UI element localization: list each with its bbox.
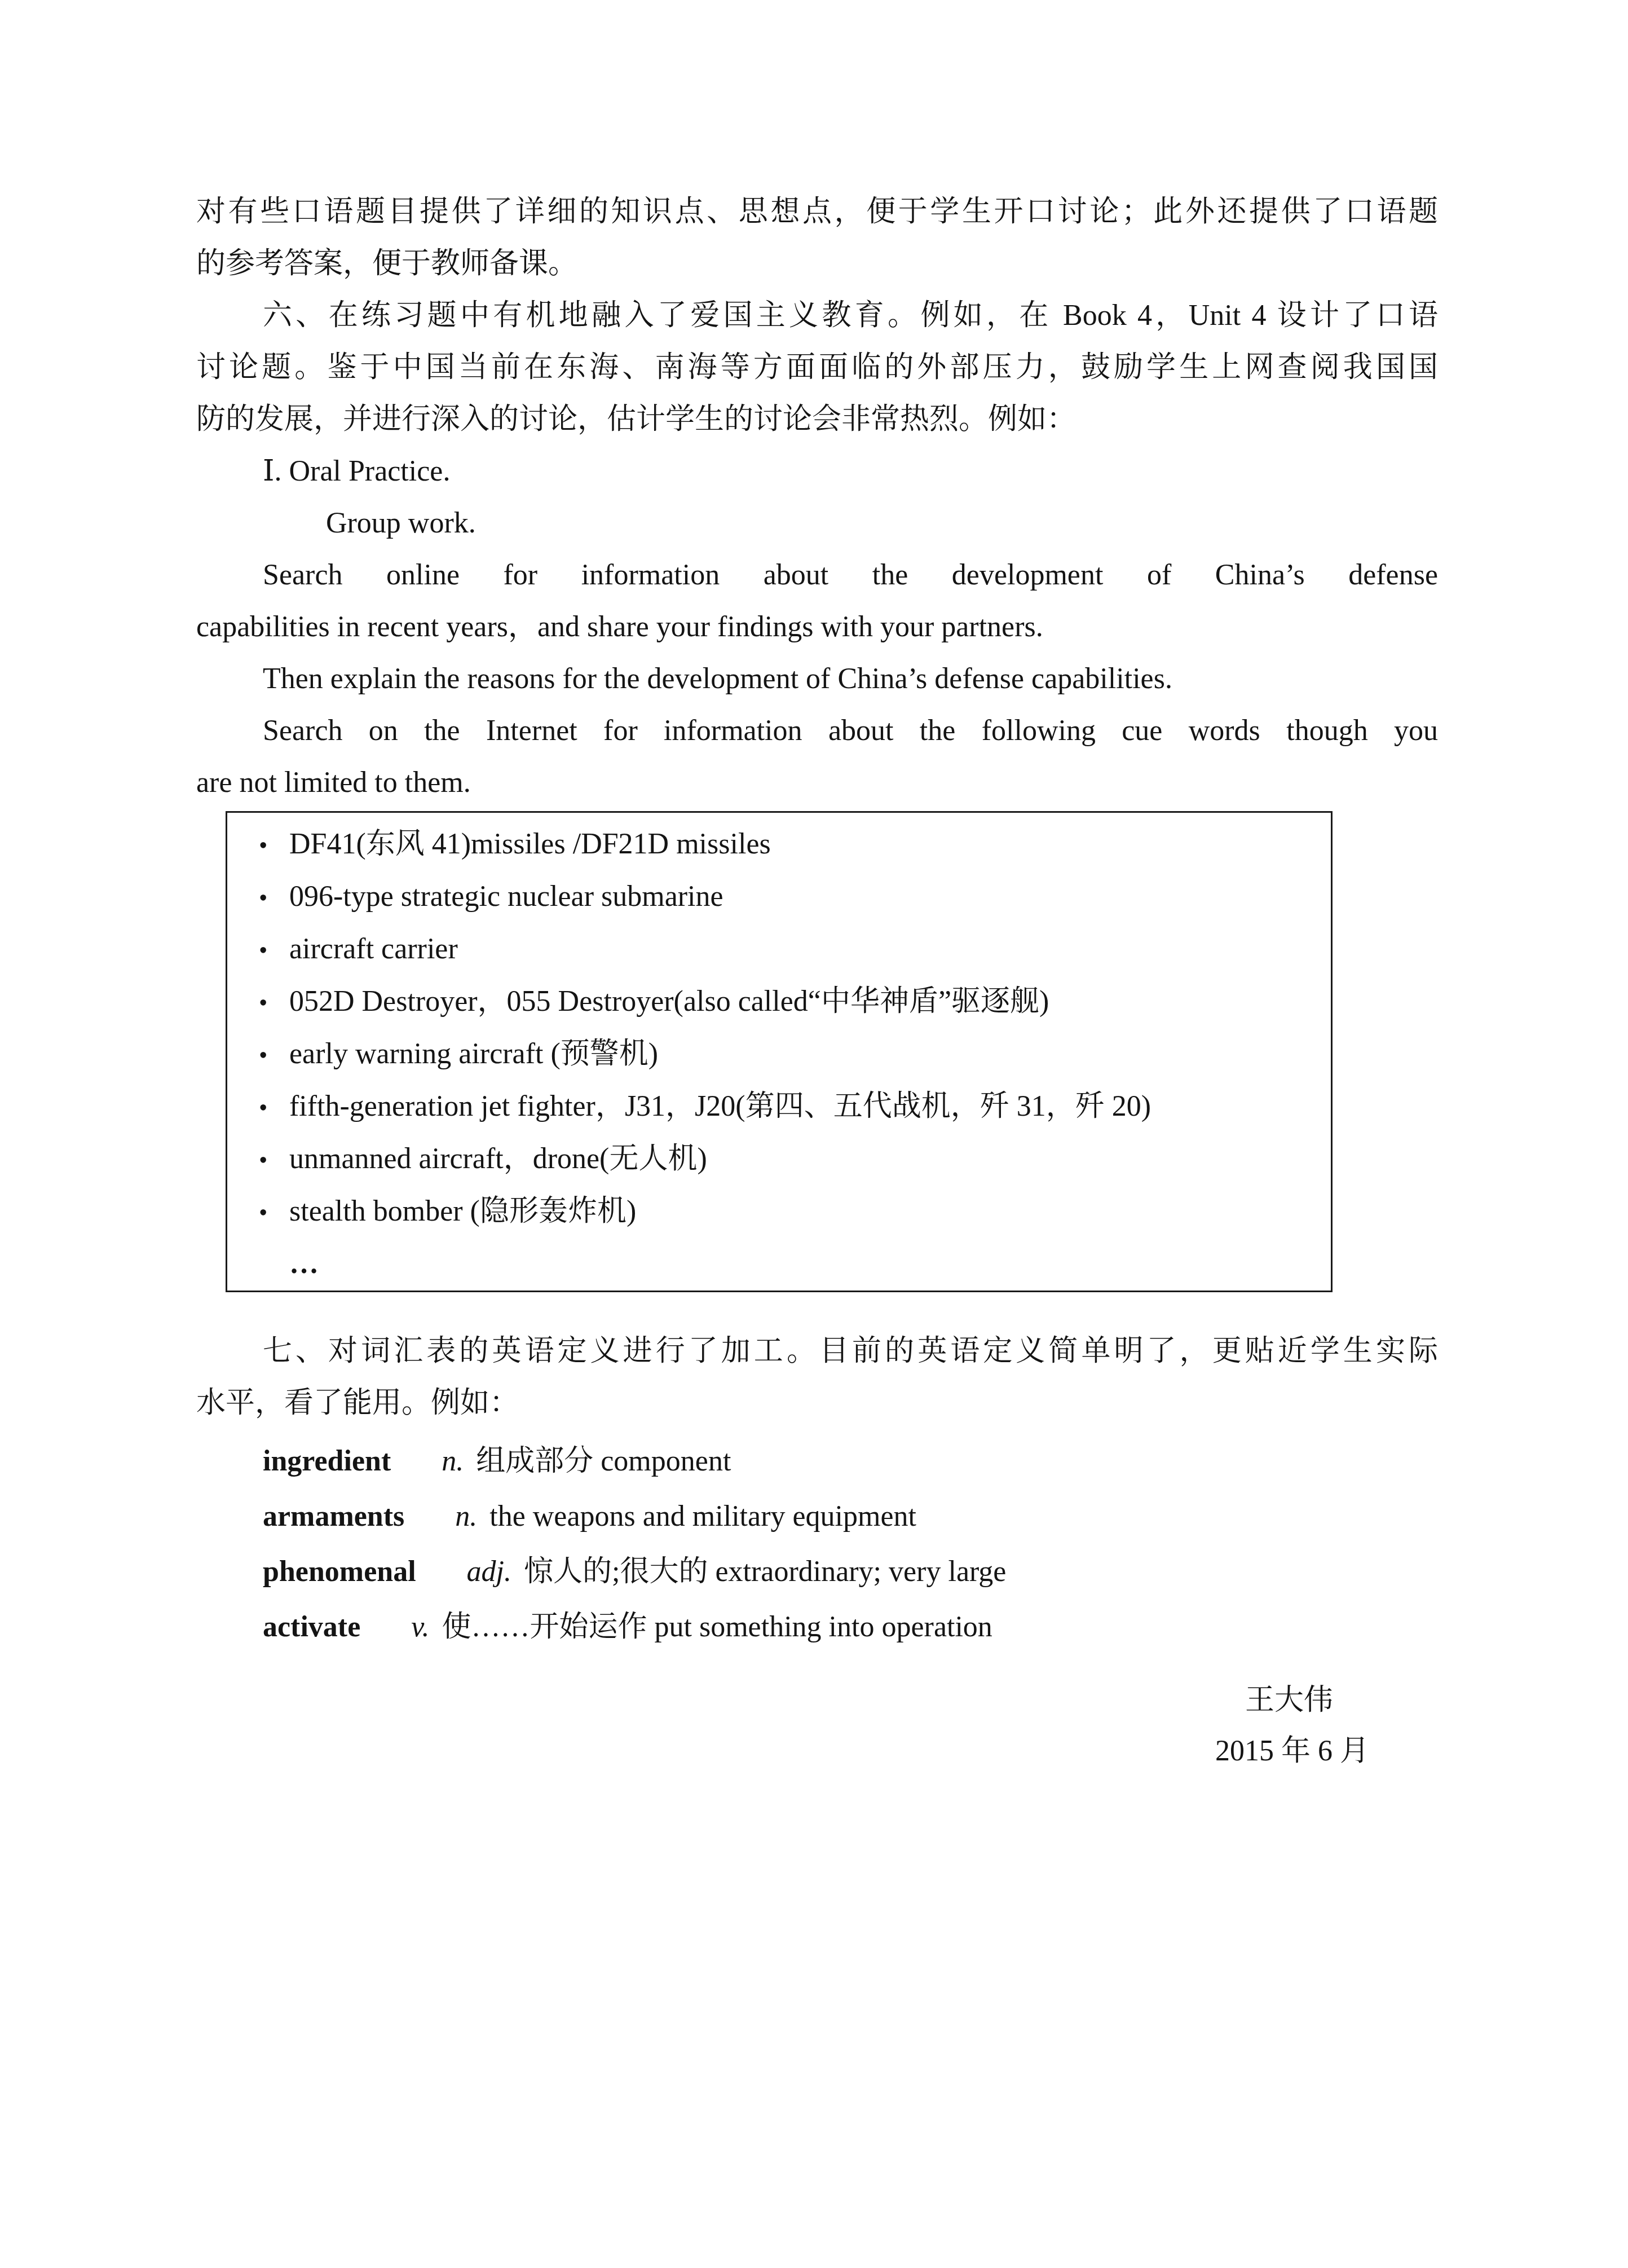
document-page: 对有些口语题目提供了详细的知识点、思想点，便于学生开口讨论；此外还提供了口语题 … xyxy=(0,0,1628,2268)
definition-row: armamentsn.the weapons and military equi… xyxy=(196,1489,1438,1544)
bullet-icon: • xyxy=(259,1029,289,1081)
definition-text: 组成部分 component xyxy=(476,1445,731,1477)
bullet-icon: • xyxy=(259,872,289,923)
definitions-list: ingredientn.组成部分 component armamentsn.th… xyxy=(196,1434,1438,1655)
definition-row: activatev.使……开始运作 put something into ope… xyxy=(196,1600,1438,1655)
cue-item: • aircraft carrier xyxy=(227,923,1331,976)
paragraph-section-six: 六、在练习题中有机地融入了爱国主义教育。例如，在 Book 4，Unit 4 设… xyxy=(196,290,1438,446)
definition-text: the weapons and military equipment xyxy=(489,1500,916,1532)
definition-row: phenomenaladj.惊人的;很大的 extraordinary; ver… xyxy=(196,1544,1438,1600)
paragraph-search-online: Search online for information about the … xyxy=(196,549,1438,653)
paragraph-line: 七、对词汇表的英语定义进行了加工。目前的英语定义简单明了，更贴近学生实际 xyxy=(196,1325,1438,1377)
paragraph-line: 水平，看了能用。例如： xyxy=(196,1377,1438,1429)
definition-word: armaments xyxy=(263,1500,404,1532)
cue-item-text: early warning aircraft (预警机) xyxy=(289,1028,658,1080)
definition-pos: n. xyxy=(455,1500,477,1532)
definition-word: phenomenal xyxy=(263,1556,416,1588)
paragraph-line: 的参考答案，便于教师备课。 xyxy=(196,238,1438,290)
cue-item: • fifth-generation jet fighter，J31，J20(第… xyxy=(227,1081,1331,1133)
paragraph-line: 防的发展，并进行深入的讨论，估计学生的讨论会非常热烈。例如： xyxy=(196,394,1438,446)
paragraph-line: are not limited to them. xyxy=(196,757,1438,809)
paragraph-line: 六、在练习题中有机地融入了爱国主义教育。例如，在 Book 4，Unit 4 设… xyxy=(196,290,1438,342)
paragraph-section-seven: 七、对词汇表的英语定义进行了加工。目前的英语定义简单明了，更贴近学生实际 水平，… xyxy=(196,1325,1438,1429)
definition-text: 惊人的;很大的 extraordinary; very large xyxy=(524,1556,1006,1588)
bullet-icon: • xyxy=(259,977,289,1028)
paragraph-line: Search on the Internet for information a… xyxy=(196,705,1438,757)
definition-pos: adj. xyxy=(467,1556,511,1588)
bullet-icon: • xyxy=(259,924,289,976)
cue-item-text: aircraft carrier xyxy=(289,923,458,975)
cue-item: • 096-type strategic nuclear submarine xyxy=(227,871,1331,923)
signature-block: 王大伟 2015 年 6 月 xyxy=(196,1675,1438,1777)
cue-item-text: DF41(东风 41)missiles /DF21D missiles xyxy=(289,818,771,870)
definition-text: 使……开始运作 put something into operation xyxy=(442,1611,992,1643)
cue-item-text: fifth-generation jet fighter，J31，J20(第四、… xyxy=(289,1081,1151,1132)
cue-item-text: 052D Destroyer，055 Destroyer(also called… xyxy=(289,976,1049,1027)
bullet-icon: • xyxy=(259,820,289,871)
ellipsis-text: … xyxy=(289,1238,321,1289)
cue-item-text: stealth bomber (隐形轰炸机) xyxy=(289,1186,636,1237)
cue-item: • stealth bomber (隐形轰炸机) xyxy=(227,1186,1331,1238)
paragraph-line: 讨论题。鉴于中国当前在东海、南海等方面面临的外部压力，鼓励学生上网查阅我国国 xyxy=(196,342,1438,394)
bullet-icon: • xyxy=(259,1187,289,1238)
bullet-icon: • xyxy=(259,1082,289,1133)
cue-item-text: unmanned aircraft，drone(无人机) xyxy=(289,1133,707,1184)
paragraph-line: Search online for information about the … xyxy=(196,549,1438,601)
cue-words-box: • DF41(东风 41)missiles /DF21D missiles • … xyxy=(226,811,1333,1292)
paragraph-line: capabilities in recent years，and share y… xyxy=(196,601,1438,653)
cue-item: • DF41(东风 41)missiles /DF21D missiles xyxy=(227,818,1331,871)
paragraph-intro: 对有些口语题目提供了详细的知识点、思想点，便于学生开口讨论；此外还提供了口语题 … xyxy=(196,186,1438,290)
bullet-icon: • xyxy=(259,1134,289,1186)
cue-item-ellipsis: … xyxy=(227,1238,1331,1289)
cue-item: • early warning aircraft (预警机) xyxy=(227,1028,1331,1081)
definition-pos: n. xyxy=(442,1445,464,1477)
definition-pos: v. xyxy=(411,1611,429,1643)
signature-name: 王大伟 xyxy=(196,1675,1333,1726)
cue-item-text: 096-type strategic nuclear submarine xyxy=(289,871,723,922)
definition-word: ingredient xyxy=(263,1445,391,1477)
oral-practice-heading: Ⅰ. Oral Practice. xyxy=(196,446,1438,497)
paragraph-line: 对有些口语题目提供了详细的知识点、思想点，便于学生开口讨论；此外还提供了口语题 xyxy=(196,186,1438,238)
definition-word: activate xyxy=(263,1611,360,1643)
group-work-heading: Group work. xyxy=(196,497,1438,549)
page-content: 对有些口语题目提供了详细的知识点、思想点，便于学生开口讨论；此外还提供了口语题 … xyxy=(196,186,1438,1777)
signature-date: 2015 年 6 月 xyxy=(196,1726,1369,1777)
paragraph-search-internet: Search on the Internet for information a… xyxy=(196,705,1438,809)
paragraph-then-explain: Then explain the reasons for the develop… xyxy=(196,653,1438,705)
cue-item: • unmanned aircraft，drone(无人机) xyxy=(227,1133,1331,1186)
cue-item: • 052D Destroyer，055 Destroyer(also call… xyxy=(227,976,1331,1028)
definition-row: ingredientn.组成部分 component xyxy=(196,1434,1438,1489)
